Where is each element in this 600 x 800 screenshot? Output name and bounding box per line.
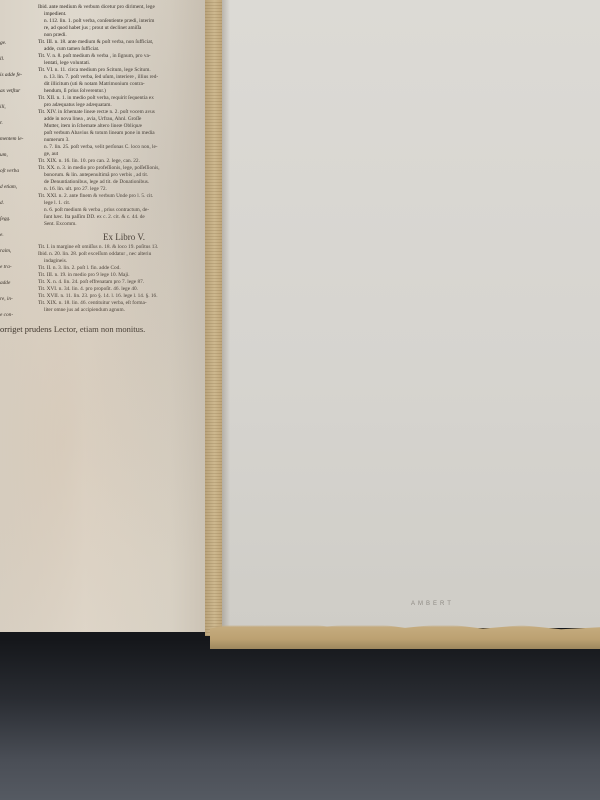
errata-line: Tit. XIX. n. 18. lin. 46. centituitur ve…	[38, 300, 210, 307]
errata-line: non prædi.	[38, 32, 210, 39]
errata-line: Ibid. n. 20. lin. 28. poſt exceſſum odda…	[38, 251, 210, 258]
errata-line: Tit. II. n. 3. lin. 2. poſt l. fin. adde…	[38, 265, 210, 272]
errata-line: Ibid. ante medium & verbum dicetur pro d…	[38, 4, 210, 11]
errata-line: hendum, ſi prius ſolverentur.)	[38, 88, 210, 95]
errata-line: n. 16. lin. ult. pro 27. lege 72.	[38, 186, 210, 193]
errata-column: Ibid. ante medium & verbum dicetur pro d…	[38, 4, 210, 314]
errata-page: ge.ll.is adde fe-ax vetſturili,r.mentem …	[0, 0, 212, 632]
book-photograph: ge.ll.is adde fe-ax vetſturili,r.mentem …	[0, 0, 600, 800]
errata-line: ge, aut	[38, 151, 210, 158]
blank-endpaper	[222, 0, 600, 628]
errata-line: de Denuntiationibus, lege ad tit. de Don…	[38, 179, 210, 186]
errata-line: dit illicitum (uti & notam Matrimonium c…	[38, 81, 210, 88]
errata-line: adde, cum tamen ſufficiat.	[38, 46, 210, 53]
margin-fragment: mentem le-	[0, 136, 36, 143]
margin-fragment: d.	[0, 200, 36, 207]
errata-line: Tit. I. in margine eſt omiſſus n. 18. & …	[38, 244, 210, 251]
errata-line: Tit. XVII. n. 11. lin. 23. pro §. 14. l.…	[38, 293, 210, 300]
errata-line: bonorum. & lin. antepenultimâ pro verbis…	[38, 172, 210, 179]
errata-line: Tit. XXI. n. 2. ante finem & verbum Unde…	[38, 193, 210, 200]
errata-line: Tit. X. n. 4. lin. 24. poſt effrenatam p…	[38, 279, 210, 286]
errata-line: Tit. III. n. 19. in medio pro 9 lege 10.…	[38, 272, 210, 279]
errata-line: Tit. XII. n. 1. in medio poſt verba, req…	[38, 95, 210, 102]
margin-fragment: e con-	[0, 312, 36, 319]
errata-line: ſunt hæc. Ita paſſim DD. ex c. 2. cit. &…	[38, 214, 210, 221]
errata-line: Tit. XVI. n. 34. lin. 4. pro propoſit. 4…	[38, 286, 210, 293]
margin-fragment: e tra-	[0, 264, 36, 271]
section-heading: Ex Libro V.	[38, 231, 210, 243]
closing-line: orriget prudens Lector, etiam non monitu…	[0, 324, 145, 334]
margin-fragment: raim,	[0, 248, 36, 255]
errata-line: pro adæquatus lege adæquatam.	[38, 102, 210, 109]
errata-line: Tit. XX. n. 3. in medio pro profeſſionis…	[38, 165, 210, 172]
margin-fragment: adde	[0, 280, 36, 287]
errata-line: n. 7. lin. 25. poſt verba, velit perſona…	[38, 144, 210, 151]
margin-fragment: ili,	[0, 104, 36, 111]
errata-line: indagineis.	[38, 258, 210, 265]
margin-fragment: d etiam,	[0, 184, 36, 191]
margin-fragment: ſegg.	[0, 216, 36, 223]
errata-line: Mutter, item in ſchemate altero lineæ Ob…	[38, 123, 210, 130]
errata-line: adde in nova linea , avia, Urfrau, Ahnl.…	[38, 116, 210, 123]
margin-fragment: re, in-	[0, 296, 36, 303]
margin-fragment: r.	[0, 120, 36, 127]
margin-fragment: oſt verba	[0, 168, 36, 175]
margin-fragment: ll.	[0, 56, 36, 63]
errata-line: re, ad quod habet jus ; prout ut decline…	[38, 25, 210, 32]
margin-fragment: is adde fe-	[0, 72, 36, 79]
errata-line: Tit. III. n. 18. ante medium & poſt verb…	[38, 39, 210, 46]
errata-line: lege l. 1. cit.	[38, 200, 210, 207]
margin-fragment: ax vetſtur	[0, 88, 36, 95]
margin-fragment: ge.	[0, 40, 36, 47]
errata-line: n. 6. poſt medium & verba , prius contra…	[38, 207, 210, 214]
paper-blind-stamp: AMBERT	[411, 601, 454, 607]
errata-line: Sent. Excomm.	[38, 221, 210, 228]
margin-fragment: e.	[0, 232, 36, 239]
errata-line: poſt verbum Abavius & totum lineam pone …	[38, 130, 210, 137]
margin-fragment: um,	[0, 152, 36, 159]
errata-line: n. 13. lin. 7. poſt verba, ſed uſum, int…	[38, 74, 210, 81]
errata-line: impedient.	[38, 11, 210, 18]
errata-line: Tit. XIV. in ſchemate lineæ rectæ n. 2. …	[38, 109, 210, 116]
errata-line: Tit. XIX. n. 16. lin. 10. pro can. 2. le…	[38, 158, 210, 165]
errata-line: n. 112. lin. 1. poſt verba, conſentiente…	[38, 18, 210, 25]
errata-line: Tit. V. n. 8. poſt medium & verba , in ſ…	[38, 53, 210, 60]
errata-line: numerum 3.	[38, 137, 210, 144]
errata-line: liter omne jus ad accipiendum agnum.	[38, 307, 210, 314]
errata-line: Tit. VI. n. 11. circa medium pro Scitum,…	[38, 67, 210, 74]
errata-line: lentati, lege voluntati.	[38, 60, 210, 67]
margin-fragments: ge.ll.is adde fe-ax vetſturili,r.mentem …	[0, 40, 36, 328]
